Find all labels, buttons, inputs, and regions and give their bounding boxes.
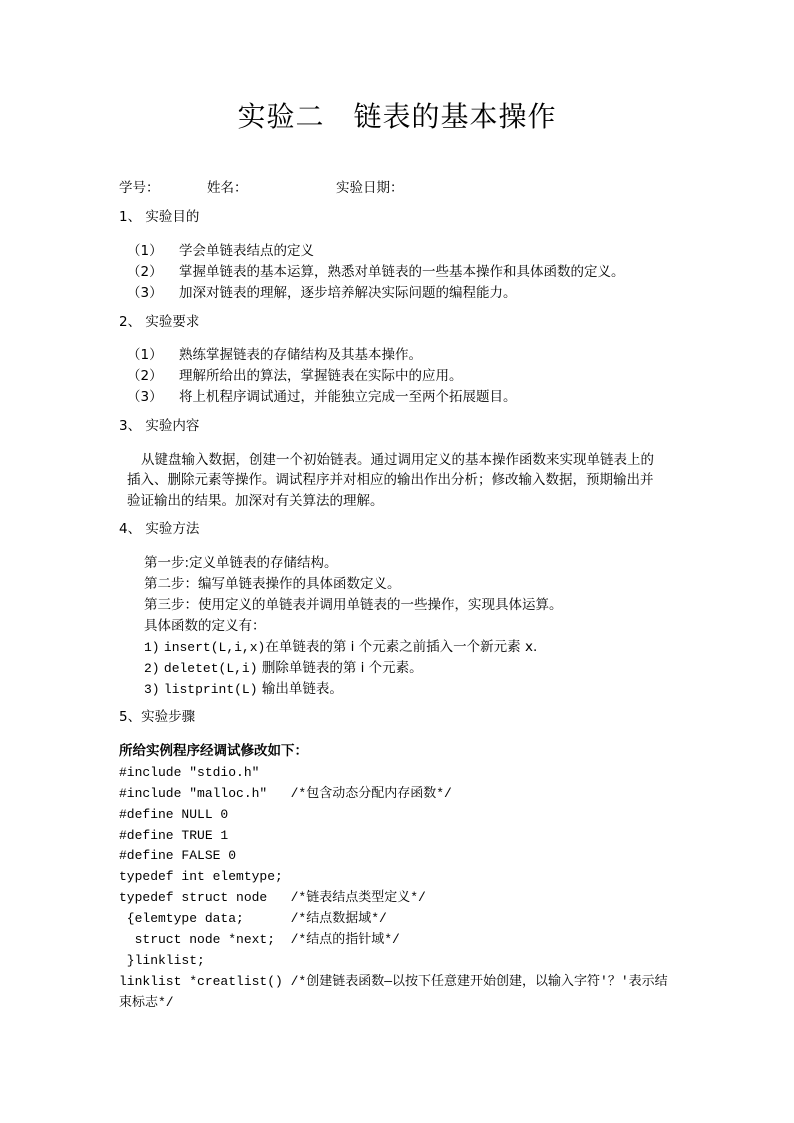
name-label: 姓名： bbox=[207, 182, 248, 196]
code-line: {elemtype data; /*结点数据域*/ bbox=[119, 912, 387, 925]
code-intro: 所给实例程序经调试修改如下： bbox=[119, 745, 308, 759]
item-text: 熟练掌握链表的存储结构及其基本操作。 bbox=[179, 347, 422, 363]
function-signature: deletet(L,i) bbox=[164, 661, 258, 676]
code-line: typedef struct node /*链表结点类型定义*/ bbox=[119, 891, 426, 904]
section-heading-requirements: 2、 实验要求 bbox=[119, 316, 199, 330]
date-label: 实验日期： bbox=[336, 182, 404, 196]
function-item: 3) listprint(L) 输出单链表。 bbox=[144, 683, 343, 697]
function-description: 输出单链表。 bbox=[258, 681, 343, 697]
list-item: （1）学会单链表结点的定义 bbox=[127, 245, 314, 259]
function-description: 删除单链表的第 i 个元素。 bbox=[258, 660, 423, 676]
function-item: 1) insert(L,i,x)在单链表的第 i 个元素之前插入一个新元素 x. bbox=[144, 641, 537, 655]
function-number: 3) bbox=[144, 682, 160, 697]
paragraph-line: 验证输出的结果。加深对有关算法的理解。 bbox=[127, 495, 384, 509]
paragraph-line: 从键盘输入数据，创建一个初始链表。通过调用定义的基本操作函数来实现单链表上的 bbox=[141, 454, 654, 468]
code-line: #define NULL 0 bbox=[119, 808, 228, 821]
section-heading-objectives: 1、 实验目的 bbox=[119, 211, 199, 225]
code-line: typedef int elemtype; bbox=[119, 870, 283, 883]
list-item: （3）加深对链表的理解，逐步培养解决实际问题的编程能力。 bbox=[127, 287, 517, 301]
code-line: #define TRUE 1 bbox=[119, 829, 228, 842]
item-text: 将上机程序调试通过，并能独立完成一至两个拓展题目。 bbox=[179, 389, 517, 405]
function-description: 在单链表的第 i 个元素之前插入一个新元素 x. bbox=[265, 639, 537, 655]
code-line: #include ″stdio.h″ bbox=[119, 766, 259, 779]
step-line: 具体函数的定义有： bbox=[144, 620, 266, 634]
function-number: 1) bbox=[144, 640, 160, 655]
function-number: 2) bbox=[144, 661, 160, 676]
item-text: 理解所给出的算法，掌握链表在实际中的应用。 bbox=[179, 368, 463, 384]
item-number: （1） bbox=[127, 349, 179, 363]
step-line: 第二步：编写单链表操作的具体函数定义。 bbox=[144, 578, 401, 592]
list-item: （1）熟练掌握链表的存储结构及其基本操作。 bbox=[127, 349, 422, 363]
code-line: #include ″malloc.h″ /*包含动态分配内存函数*/ bbox=[119, 787, 452, 800]
item-text: 加深对链表的理解，逐步培养解决实际问题的编程能力。 bbox=[179, 285, 517, 301]
item-number: （3） bbox=[127, 391, 179, 405]
function-signature: listprint(L) bbox=[164, 682, 258, 697]
item-number: （1） bbox=[127, 245, 179, 259]
code-line: linklist *creatlist() /*创建链表函数—以按下任意建开始创… bbox=[119, 975, 668, 988]
code-line: 束标志*/ bbox=[119, 996, 174, 1009]
item-number: （2） bbox=[127, 370, 179, 384]
item-text: 掌握单链表的基本运算，熟悉对单链表的一些基本操作和具体函数的定义。 bbox=[179, 264, 625, 280]
function-item: 2) deletet(L,i) 删除单链表的第 i 个元素。 bbox=[144, 662, 423, 676]
paragraph-line: 插入、删除元素等操作。调试程序并对相应的输出作出分析；修改输入数据，预期输出并 bbox=[127, 474, 654, 488]
code-line: }linklist; bbox=[119, 954, 205, 967]
section-heading-method: 4、 实验方法 bbox=[119, 523, 199, 537]
item-number: （2） bbox=[127, 266, 179, 280]
student-id-label: 学号： bbox=[119, 182, 160, 196]
item-text: 学会单链表结点的定义 bbox=[179, 243, 314, 259]
step-line: 第一步:定义单链表的存储结构。 bbox=[144, 557, 338, 571]
code-line: struct node *next; /*结点的指针域*/ bbox=[119, 933, 400, 946]
list-item: （2）理解所给出的算法，掌握链表在实际中的应用。 bbox=[127, 370, 463, 384]
code-line: #define FALSE 0 bbox=[119, 849, 236, 862]
step-line: 第三步：使用定义的单链表并调用单链表的一些操作，实现具体运算。 bbox=[144, 599, 563, 613]
function-signature: insert(L,i,x) bbox=[164, 640, 265, 655]
page-title: 实验二 链表的基本操作 bbox=[0, 103, 794, 131]
item-number: （3） bbox=[127, 287, 179, 301]
section-heading-content: 3、 实验内容 bbox=[119, 420, 199, 434]
list-item: （2）掌握单链表的基本运算，熟悉对单链表的一些基本操作和具体函数的定义。 bbox=[127, 266, 625, 280]
list-item: （3）将上机程序调试通过，并能独立完成一至两个拓展题目。 bbox=[127, 391, 517, 405]
section-heading-steps: 5、实验步骤 bbox=[119, 711, 195, 725]
